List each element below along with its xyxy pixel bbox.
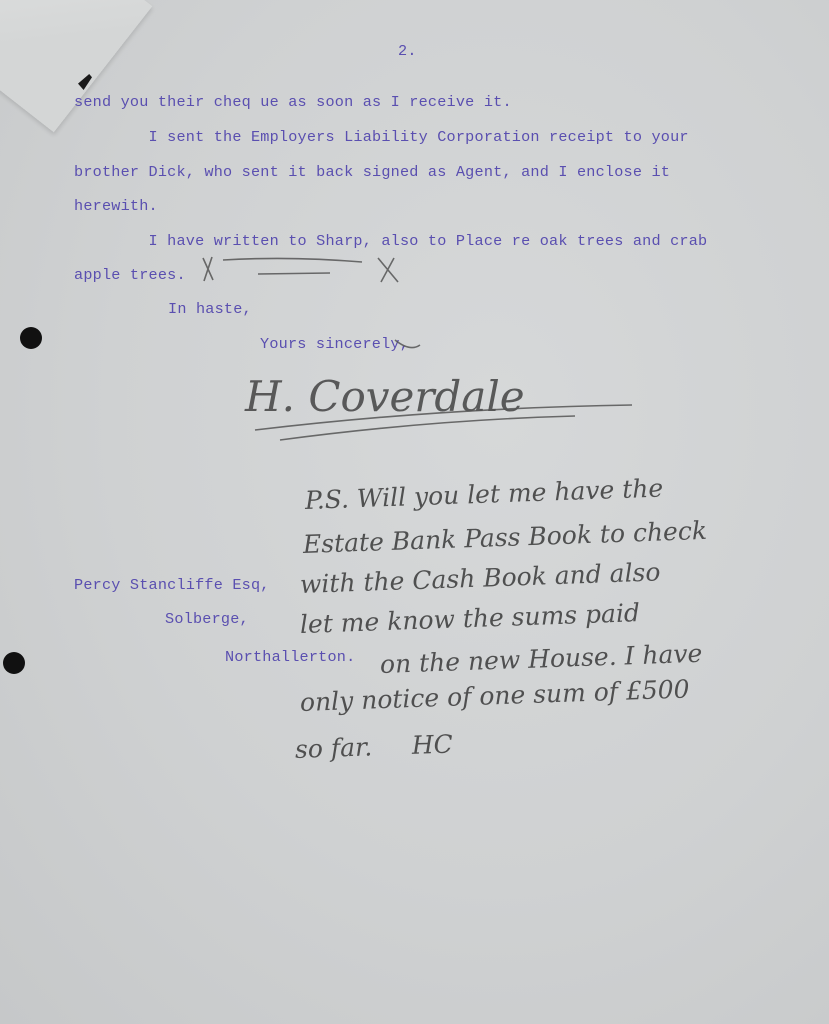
folded-page-corner: [0, 0, 152, 132]
postscript-line-3: with the Cash Book and also: [299, 557, 660, 599]
address-house: Solberge,: [165, 610, 249, 628]
postscript-line-1: P.S. Will you let me have the: [304, 474, 663, 515]
address-name: Percy Stancliffe Esq,: [74, 576, 270, 594]
punch-hole-top: [20, 327, 42, 349]
punch-hole-bottom: [3, 652, 25, 674]
closing-yours-sincerely: Yours sincerely,: [260, 335, 409, 353]
pencil-cross-right: [378, 258, 398, 282]
handwritten-signature: H. Coverdale: [245, 372, 525, 421]
postscript-line-7: so far. HC: [294, 730, 453, 764]
body-line-3: brother Dick, who sent it back signed as…: [74, 163, 670, 181]
body-line-2: I sent the Employers Liability Corporati…: [74, 128, 689, 146]
body-line-1: send you their cheq ue as soon as I rece…: [74, 93, 512, 111]
closing-in-haste: In haste,: [168, 300, 252, 318]
page-number: 2.: [398, 42, 417, 60]
postscript-line-6: only notice of one sum of £500: [299, 674, 690, 717]
postscript-line-4: let me know the sums paid: [299, 598, 640, 639]
pencil-cross-left: [203, 257, 213, 281]
body-line-4: herewith.: [74, 197, 158, 215]
pencil-marks: [0, 0, 829, 1024]
postscript-line-5: on the new House. I have: [379, 639, 702, 679]
postscript-line-2: Estate Bank Pass Book to check: [302, 516, 707, 559]
body-line-5: I have written to Sharp, also to Place r…: [74, 232, 707, 250]
body-line-6: apple trees.: [74, 266, 186, 284]
address-town: Northallerton.: [225, 648, 355, 666]
